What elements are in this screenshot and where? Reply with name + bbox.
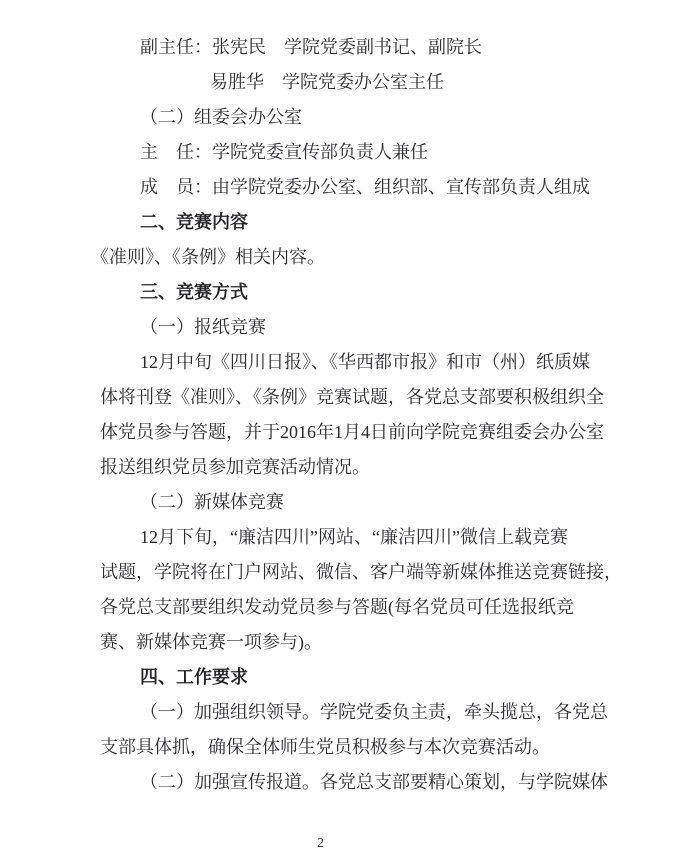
doc-line-requirement-1b: 支部具体抓，确保全体师生党员积极参与本次竞赛活动。 [100,730,641,765]
doc-line-newmedia-p3: 各党总支部要组织发动党员参与答题(每名党员可任选报纸竞 [100,590,641,625]
doc-line-requirement-2: （二）加强宣传报道。各党总支部要精心策划，与学院媒体 [100,765,641,800]
doc-line-deputy-director-2: 易胜华 学院党委办公室主任 [100,65,641,100]
doc-line-deputy-directors: 副主任：张宪民 学院党委副书记、副院长 [100,30,641,65]
doc-line-newmedia-subheading: （二）新媒体竞赛 [100,485,641,520]
doc-line-newspaper-subheading: （一）报纸竞赛 [100,310,641,345]
section-heading-2: 二、竞赛内容 [100,205,641,240]
document-page: 副主任：张宪民 学院党委副书记、副院长 易胜华 学院党委办公室主任 （二）组委会… [0,0,681,853]
doc-line-newspaper-p4: 报送组织党员参加竞赛活动情况。 [100,450,641,485]
doc-line-office-director: 主 任：学院党委宣传部负责人兼任 [100,135,641,170]
doc-line-office-members: 成 员：由学院党委办公室、组织部、宣传部负责人组成 [100,170,641,205]
doc-line-newspaper-p1: 12月中旬《四川日报》、《华西都市报》和市（州）纸质媒 [100,345,641,380]
doc-line-newmedia-p1: 12月下旬，“廉洁四川”网站、“廉洁四川”微信上载竞赛 [100,520,641,555]
doc-line-office-subheading: （二）组委会办公室 [100,100,641,135]
doc-line-newmedia-p2: 试题，学院将在门户网站、微信、客户端等新媒体推送竞赛链接， [100,555,641,590]
page-number: 2 [0,834,641,853]
doc-line-newmedia-p4: 赛、新媒体竞赛一项参与)。 [100,625,641,660]
doc-line-newspaper-p2: 体将刊登《准则》、《条例》竞赛试题，各党总支部要积极组织全 [100,380,641,415]
doc-line-content-scope: 《准则》、《条例》相关内容。 [100,240,641,275]
section-heading-3: 三、竞赛方式 [100,275,641,310]
doc-line-requirement-1a: （一）加强组织领导。学院党委负主责，牵头揽总，各党总 [100,695,641,730]
doc-line-newspaper-p3: 体党员参与答题，并于2016年1月4日前向学院竞赛组委会办公室 [100,415,641,450]
section-heading-4: 四、工作要求 [100,660,641,695]
